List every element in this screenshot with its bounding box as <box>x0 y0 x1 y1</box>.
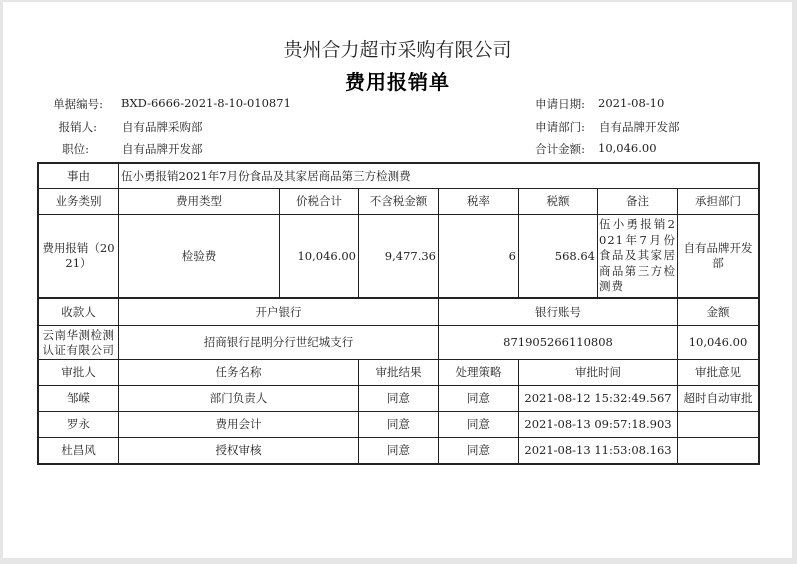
expense-table: 事由 伍小勇报销2021年7月份食品及其家居商品第三方检测费 业务类别 费用类型… <box>38 163 759 298</box>
position-value: 自有品牌开发部 <box>122 141 203 157</box>
payee-name: 云南华测检测认证有限公司 <box>39 326 119 360</box>
col-payee: 收款人 <box>39 299 119 326</box>
category-cell: 费用报销（2021） <box>39 215 119 298</box>
approval-row: 罗永 费用会计 同意 同意 2021-08-13 09:57:18.903 <box>39 412 759 438</box>
col-type: 费用类型 <box>119 189 280 215</box>
company-name: 贵州合力超市采购有限公司 <box>3 35 792 62</box>
total-label: 合计金额: <box>505 141 585 157</box>
col-result: 审批结果 <box>359 360 439 386</box>
col-time: 审批时间 <box>519 360 678 386</box>
col-account: 银行账号 <box>439 299 678 326</box>
applicant-value: 自有品牌采购部 <box>122 119 203 135</box>
time-cell: 2021-08-12 15:32:49.567 <box>519 386 678 412</box>
col-note: 备注 <box>598 189 678 215</box>
approval-row: 邹嵘 部门负责人 同意 同意 2021-08-12 15:32:49.567 超… <box>39 386 759 412</box>
comment-cell <box>678 438 759 464</box>
col-dept: 承担部门 <box>678 189 759 215</box>
result-cell: 同意 <box>359 386 439 412</box>
tax-cell: 568.64 <box>519 215 598 298</box>
apply-dept-value: 自有品牌开发部 <box>599 119 680 135</box>
col-tax: 税额 <box>519 189 598 215</box>
apply-dept-label: 申请部门: <box>505 119 585 135</box>
tax-rate-cell: 6 <box>439 215 519 298</box>
col-net: 不含税金额 <box>359 189 439 215</box>
approver-cell: 罗永 <box>39 412 119 438</box>
payee-row: 云南华测检测认证有限公司 招商银行昆明分行世纪城支行 8719052661108… <box>39 326 759 360</box>
task-cell: 部门负责人 <box>119 386 359 412</box>
col-comment: 审批意见 <box>678 360 759 386</box>
col-approver: 审批人 <box>39 360 119 386</box>
apply-date-value: 2021-08-10 <box>598 96 664 110</box>
col-amount: 金额 <box>678 299 759 326</box>
col-gross: 价税合计 <box>280 189 359 215</box>
doc-no-value: BXD-6666-2021-8-10-010871 <box>121 96 291 110</box>
col-task: 任务名称 <box>119 360 359 386</box>
result-cell: 同意 <box>359 412 439 438</box>
payee-header-row: 收款人 开户银行 银行账号 金额 <box>39 299 759 326</box>
applicant-label: 报销人: <box>17 119 97 135</box>
task-cell: 授权审核 <box>119 438 359 464</box>
total-value: 10,046.00 <box>598 141 657 155</box>
approver-cell: 杜昌风 <box>39 438 119 464</box>
approval-header-row: 审批人 任务名称 审批结果 处理策略 审批时间 审批意见 <box>39 360 759 386</box>
col-category: 业务类别 <box>39 189 119 215</box>
approver-cell: 邹嵘 <box>39 386 119 412</box>
time-cell: 2021-08-13 09:57:18.903 <box>519 412 678 438</box>
approval-row: 杜昌风 授权审核 同意 同意 2021-08-13 11:53:08.163 <box>39 438 759 464</box>
reason-label: 事由 <box>39 164 119 189</box>
col-bank: 开户银行 <box>119 299 439 326</box>
reason-row: 事由 伍小勇报销2021年7月份食品及其家居商品第三方检测费 <box>39 164 759 189</box>
net-cell: 9,477.36 <box>359 215 439 298</box>
strategy-cell: 同意 <box>439 438 519 464</box>
reason-value: 伍小勇报销2021年7月份食品及其家居商品第三方检测费 <box>119 164 759 189</box>
result-cell: 同意 <box>359 438 439 464</box>
comment-cell <box>678 412 759 438</box>
note-cell: 伍小勇报销2021年7月份食品及其家居商品第三方检测费 <box>598 215 678 298</box>
payee-account: 871905266110808 <box>439 326 678 360</box>
strategy-cell: 同意 <box>439 386 519 412</box>
payee-bank: 招商银行昆明分行世纪城支行 <box>119 326 439 360</box>
time-cell: 2021-08-13 11:53:08.163 <box>519 438 678 464</box>
dept-cell: 自有品牌开发部 <box>678 215 759 298</box>
payee-approval-table: 收款人 开户银行 银行账号 金额 云南华测检测认证有限公司 招商银行昆明分行世纪… <box>38 298 759 464</box>
doc-no-label: 单据编号: <box>23 96 103 112</box>
apply-date-label: 申请日期: <box>505 96 585 112</box>
expense-row: 费用报销（2021） 检验费 10,046.00 9,477.36 6 568.… <box>39 215 759 298</box>
comment-cell: 超时自动审批 <box>678 386 759 412</box>
col-tax-rate: 税率 <box>439 189 519 215</box>
document-page: 贵州合力超市采购有限公司 费用报销单 单据编号: BXD-6666-2021-8… <box>3 2 792 558</box>
type-cell: 检验费 <box>119 215 280 298</box>
gross-cell: 10,046.00 <box>280 215 359 298</box>
task-cell: 费用会计 <box>119 412 359 438</box>
expense-header-row: 业务类别 费用类型 价税合计 不含税金额 税率 税额 备注 承担部门 <box>39 189 759 215</box>
col-strategy: 处理策略 <box>439 360 519 386</box>
document-title: 费用报销单 <box>3 66 792 95</box>
strategy-cell: 同意 <box>439 412 519 438</box>
position-label: 职位: <box>9 141 89 157</box>
payee-amount: 10,046.00 <box>678 326 759 360</box>
